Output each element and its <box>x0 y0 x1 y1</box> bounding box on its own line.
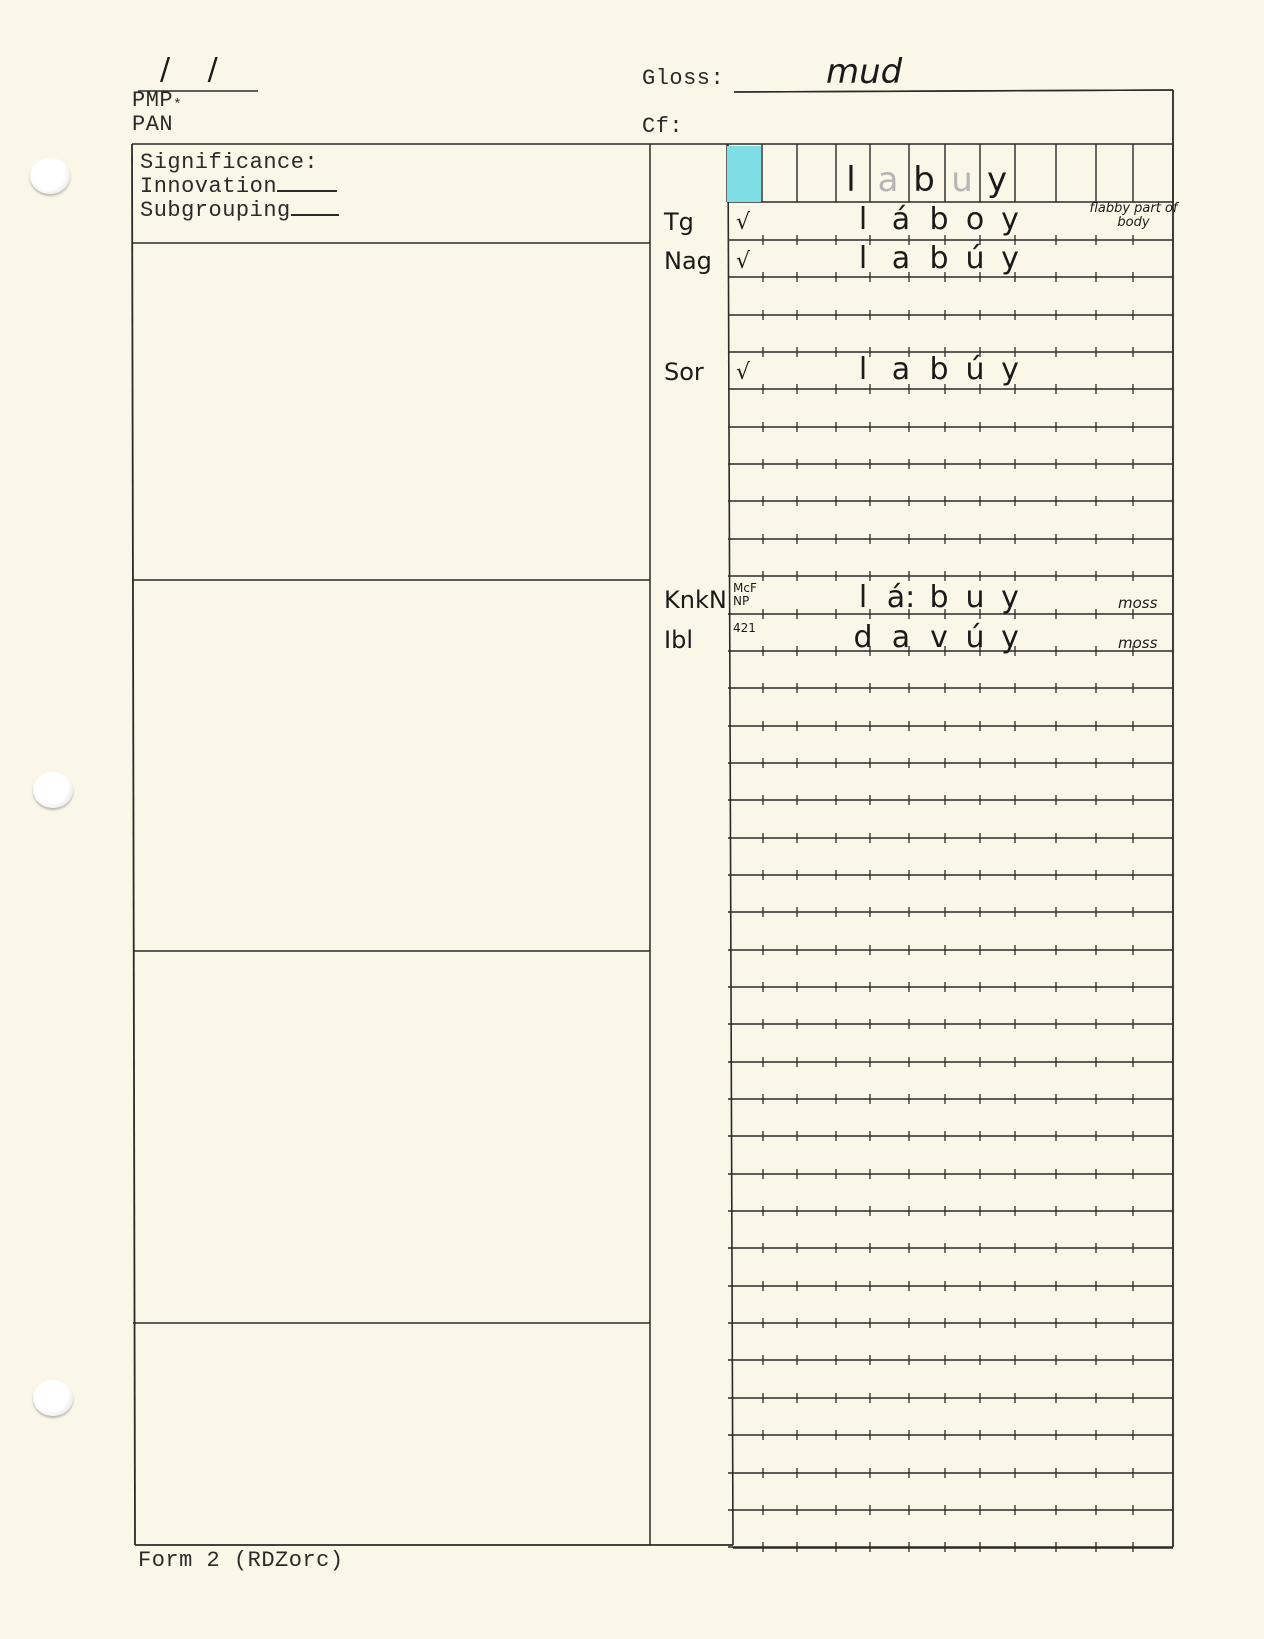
language-abbreviation: Sor <box>664 358 704 386</box>
cf-label: Cf: <box>642 114 683 139</box>
checkmark-icon: √ <box>736 249 750 274</box>
cognate-letter: ú <box>960 241 990 276</box>
subgrouping-blank[interactable] <box>291 214 339 216</box>
reconstruction-letter: b <box>909 160 939 200</box>
cognate-letter: á <box>886 202 916 237</box>
form-label: Form 2 (RDZorc) <box>138 1548 344 1573</box>
gloss-value[interactable]: mud <box>826 52 902 92</box>
cognate-letter: y <box>995 620 1025 655</box>
cognate-letter: b <box>924 580 954 615</box>
source-reference: McF NP <box>733 582 765 608</box>
reconstruction-letter: a <box>873 160 903 200</box>
reconstruction-letter: u <box>947 160 977 200</box>
cognate-letter: u <box>960 580 990 615</box>
checkmark-icon: √ <box>736 360 750 385</box>
cognate-letter: o <box>960 202 990 237</box>
entry-gloss: moss <box>1118 634 1157 652</box>
cognate-letter: l <box>848 241 878 276</box>
cognate-letter: b <box>924 352 954 387</box>
entry-gloss: flabby part of body <box>1086 202 1181 230</box>
language-abbreviation: KnkN <box>664 586 727 614</box>
cognate-letter: y <box>995 241 1025 276</box>
protoform-prefix: PMP <box>132 88 173 113</box>
date-field[interactable]: / / <box>160 52 232 87</box>
cognate-letter: l <box>848 202 878 237</box>
significance-title: Significance: <box>140 150 318 175</box>
reconstruction-highlight-cell <box>727 146 761 202</box>
innovation-blank[interactable] <box>277 190 337 192</box>
level-label: PAN <box>132 112 173 137</box>
reconstruction-letter: l <box>836 160 866 200</box>
protoform-marker: * <box>173 97 182 113</box>
cognate-letter: ú <box>960 352 990 387</box>
form-ruling <box>0 0 1264 1639</box>
protoform-level-label: PMP* <box>132 88 182 113</box>
gloss-label: Gloss: <box>642 66 724 91</box>
cognate-letter: á: <box>886 580 916 615</box>
source-reference: 421 <box>733 622 765 635</box>
entry-gloss: moss <box>1118 594 1157 612</box>
cognate-letter: y <box>995 202 1025 237</box>
checkmark-icon: √ <box>736 210 750 235</box>
cognate-letter: a <box>886 352 916 387</box>
cognate-letter: a <box>886 241 916 276</box>
cognate-letter: d <box>848 620 878 655</box>
cognate-letter: a <box>886 620 916 655</box>
language-abbreviation: Tg <box>664 208 694 236</box>
cognate-letter: ú <box>960 620 990 655</box>
cognate-letter: b <box>924 202 954 237</box>
cognate-letter: y <box>995 352 1025 387</box>
cognate-letter: v <box>924 620 954 655</box>
language-abbreviation: Ibl <box>664 626 693 654</box>
cognate-letter: l <box>848 580 878 615</box>
cognate-letter: l <box>848 352 878 387</box>
subgrouping-label: Subgrouping <box>140 198 339 223</box>
innovation-label: Innovation <box>140 174 337 199</box>
language-abbreviation: Nag <box>664 247 712 275</box>
cognate-letter: y <box>995 580 1025 615</box>
reconstruction-letter: y <box>982 160 1012 200</box>
cognate-letter: b <box>924 241 954 276</box>
